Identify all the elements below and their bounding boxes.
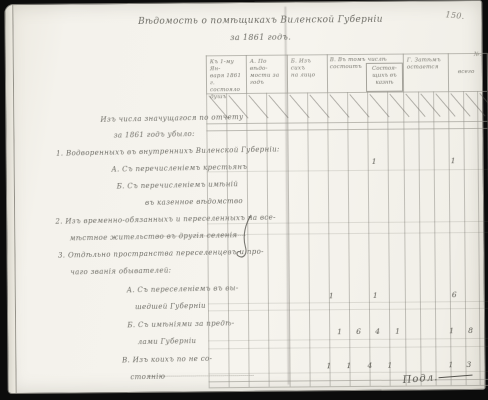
scanned-ledger-page: Вѣдомость о помѣщикахъ Виленской Губерні… bbox=[0, 0, 488, 400]
table-cell-value: 6 bbox=[452, 290, 457, 299]
handwritten-line: Б. Съ перечисленіемъ имѣній bbox=[117, 180, 239, 190]
table-cell-value: 1 bbox=[448, 360, 453, 369]
group-header-line: варя 1861 г. bbox=[210, 73, 243, 87]
table-subcolumn-box: Состоя- щихъ въ казнѣ bbox=[366, 63, 403, 92]
handwritten-line: лами Губерніи bbox=[138, 337, 197, 346]
table-cell-value: 1 bbox=[373, 291, 378, 300]
group-header-line: Къ 1-му Ян- bbox=[210, 59, 243, 73]
table-cell-value: 3 bbox=[466, 360, 471, 369]
signature-flourish bbox=[438, 375, 472, 379]
table-group-header: всего bbox=[456, 67, 486, 76]
handwritten-line: за 1861 годъ убыло: bbox=[114, 130, 195, 140]
handwritten-line: Б. Съ имѣніями за предѣ- bbox=[127, 319, 234, 329]
table-cell-value: 4 bbox=[375, 327, 380, 336]
group-header-line: на лицо bbox=[291, 72, 325, 79]
subcolumn-label-line: казнѣ bbox=[367, 80, 402, 87]
handwritten-line: А. Съ переселеніемъ въ вы- bbox=[127, 284, 239, 294]
table-cell-value: 1 bbox=[372, 157, 377, 166]
handwritten-line: въ казенное вѣдомство bbox=[145, 197, 243, 207]
handwritten-line: шедшей Губерніи bbox=[135, 302, 206, 311]
table-cell-value: 1 bbox=[326, 361, 331, 370]
group-header-line: состояло bbox=[210, 87, 243, 94]
group-header-line: Б. Изъ сихъ bbox=[291, 58, 325, 72]
table-cell-value: 1 bbox=[387, 361, 392, 370]
group-header-line: остается bbox=[407, 64, 446, 71]
ink-flourish bbox=[235, 214, 259, 262]
handwritten-line: стоянію bbox=[130, 373, 165, 382]
group-header-line: А. По вѣдо- bbox=[250, 59, 285, 73]
table-cell-value: 8 bbox=[468, 326, 473, 335]
table-group-header: А. По вѣдо-мости за годъ bbox=[248, 57, 286, 87]
table-group-header: Б. Изъ сихъна лицо bbox=[289, 56, 326, 79]
table-cell-value: 1 bbox=[329, 291, 334, 300]
table-cell-value: 4 bbox=[367, 361, 372, 370]
table-cell-value: 1 bbox=[451, 156, 456, 165]
handwritten-line: 3. Отдѣльно пространства переселенцевъ и… bbox=[58, 248, 264, 260]
table-group-header: Г. Затѣмъостается bbox=[405, 55, 447, 71]
group-header-line: всего bbox=[458, 69, 485, 76]
table-cell-value: 1 bbox=[449, 326, 454, 335]
handwritten-line: мѣстное жительство въ другія селенія bbox=[70, 231, 238, 242]
handwritten-line: В. Изъ коихъ по не со- bbox=[122, 355, 212, 365]
paper-sheet: Вѣдомость о помѣщикахъ Виленской Губерні… bbox=[4, 0, 485, 394]
table-cell-value: 1 bbox=[337, 327, 342, 336]
table-group-header: Къ 1-му Ян-варя 1861 г.состоялодушъ bbox=[208, 57, 244, 101]
table-cell-value: 6 bbox=[356, 327, 361, 336]
group-header-line: душъ bbox=[210, 94, 243, 101]
table-cell-value: 1 bbox=[346, 361, 351, 370]
handwritten-line: чаго званія обывателей: bbox=[70, 266, 171, 276]
table-cell-value: 1 bbox=[395, 327, 400, 336]
group-header-line: мости за годъ bbox=[250, 73, 285, 87]
